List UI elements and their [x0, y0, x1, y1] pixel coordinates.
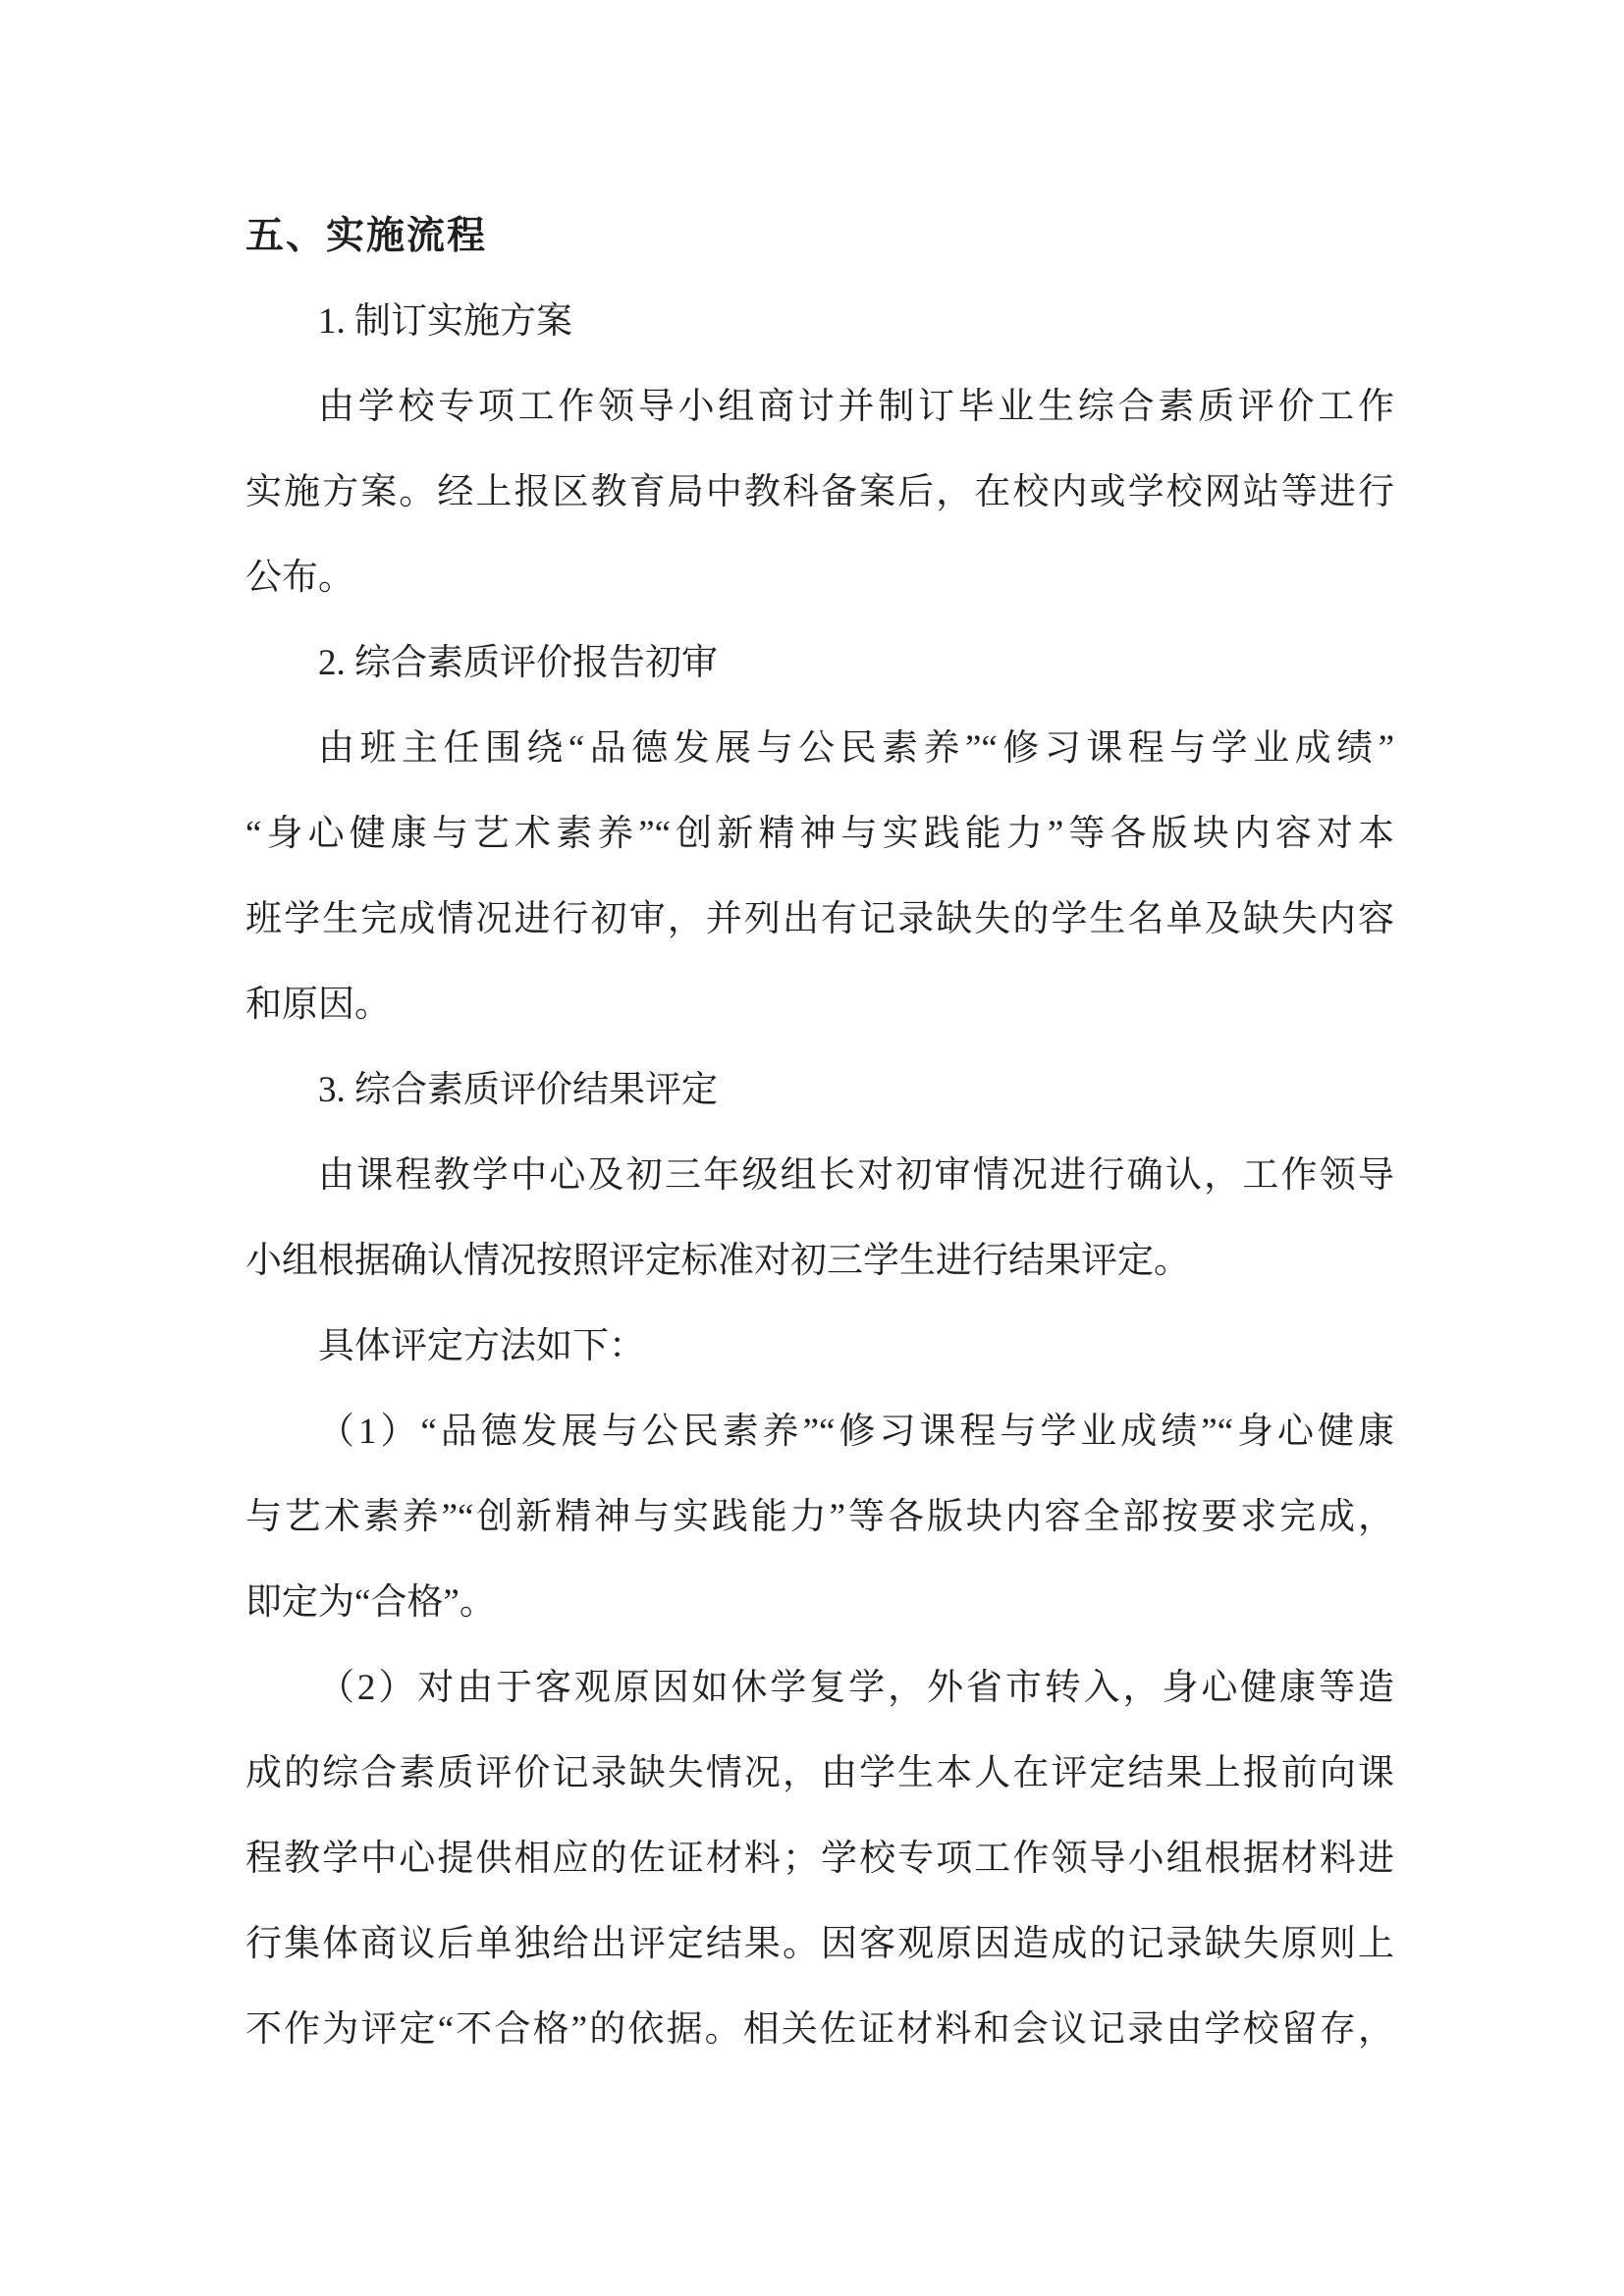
doc-line: 由课程教学中心及初三年级组长对初审情况进行确认，工作领导 — [245, 1133, 1394, 1218]
doc-line: 由学校专项工作领导小组商讨并制订毕业生综合素质评价工作 — [245, 364, 1394, 450]
section-heading: 五、实施流程 — [245, 193, 1394, 279]
doc-line: 与艺术素养”“创新精神与实践能力”等各版块内容全部按要求完成， — [245, 1474, 1394, 1560]
doc-line: 程教学中心提供相应的佐证材料；学校专项工作领导小组根据材料进 — [245, 1816, 1394, 1901]
doc-line: 由班主任围绕“品德发展与公民素养”“修习课程与学业成绩” — [245, 706, 1394, 791]
document-text-block: 五、实施流程 1. 制订实施方案 由学校专项工作领导小组商讨并制订毕业生综合素质… — [245, 193, 1394, 2072]
doc-line: 即定为“合格”。 — [245, 1560, 1394, 1645]
doc-line-sub-item-1: （1）“品德发展与公民素养”“修习课程与学业成绩”“身心健康 — [245, 1389, 1394, 1474]
doc-line-item-2-heading: 2. 综合素质评价报告初审 — [245, 620, 1394, 706]
doc-line: 行集体商议后单独给出评定结果。因客观原因造成的记录缺失原则上 — [245, 1901, 1394, 1987]
doc-line: 成的综合素质评价记录缺失情况，由学生本人在评定结果上报前向课 — [245, 1731, 1394, 1816]
doc-line: 实施方案。经上报区教育局中教科备案后，在校内或学校网站等进行 — [245, 450, 1394, 535]
doc-line: 小组根据确认情况按照评定标准对初三学生进行结果评定。 — [245, 1218, 1394, 1304]
doc-line-item-1-heading: 1. 制订实施方案 — [245, 279, 1394, 364]
doc-line: 不作为评定“不合格”的依据。相关佐证材料和会议记录由学校留存， — [245, 1987, 1394, 2072]
doc-line: 班学生完成情况进行初审，并列出有记录缺失的学生名单及缺失内容 — [245, 877, 1394, 962]
doc-line: 具体评定方法如下： — [245, 1304, 1394, 1389]
doc-line-item-3-heading: 3. 综合素质评价结果评定 — [245, 1047, 1394, 1133]
doc-line: 公布。 — [245, 535, 1394, 620]
doc-line: “身心健康与艺术素养”“创新精神与实践能力”等各版块内容对本 — [245, 791, 1394, 877]
doc-line: 和原因。 — [245, 962, 1394, 1047]
doc-line-sub-item-2: （2）对由于客观原因如休学复学，外省市转入，身心健康等造 — [245, 1645, 1394, 1731]
document-page: 五、实施流程 1. 制订实施方案 由学校专项工作领导小组商讨并制订毕业生综合素质… — [0, 0, 1624, 2296]
